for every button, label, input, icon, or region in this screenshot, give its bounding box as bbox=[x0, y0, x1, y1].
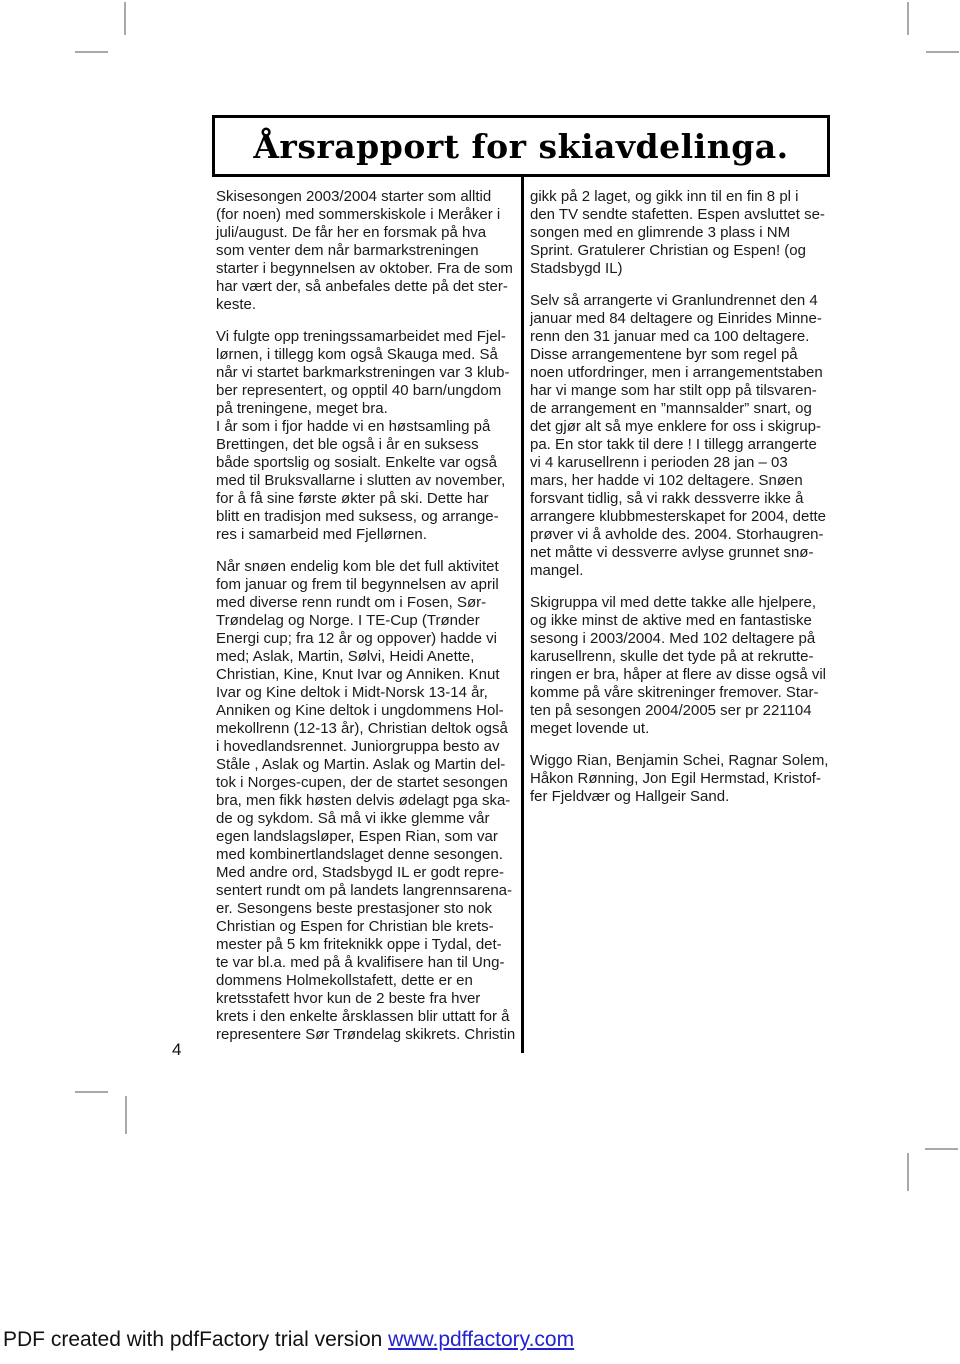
crop-mark-top-right-horizontal bbox=[926, 51, 959, 53]
paragraph: Skisesongen 2003/2004 starter som alltid… bbox=[216, 188, 518, 314]
paragraph: Selv så arrangerte vi Granlundrennet den… bbox=[530, 292, 832, 580]
pdf-footer: PDF created with pdfFactory trial versio… bbox=[3, 1328, 574, 1352]
footer-link[interactable]: www.pdffactory.com bbox=[388, 1328, 574, 1351]
crop-mark-bottom-left-horizontal bbox=[75, 1091, 108, 1093]
paragraph: Vi fulgte opp treningssamarbeidet med Fj… bbox=[216, 328, 518, 544]
title-box: Årsrapport for skiavdelinga. bbox=[212, 115, 830, 177]
paragraph: Skigruppa vil med dette takke alle hjelp… bbox=[530, 594, 832, 738]
left-column: Skisesongen 2003/2004 starter som alltid… bbox=[216, 188, 518, 1058]
crop-mark-top-left-vertical bbox=[124, 2, 126, 35]
page-number: 4 bbox=[172, 1040, 181, 1060]
crop-mark-bottom-right-horizontal bbox=[925, 1148, 958, 1150]
crop-mark-bottom-left-vertical bbox=[125, 1096, 127, 1134]
paragraph: Wiggo Rian, Benjamin Schei, Ragnar Solem… bbox=[530, 752, 832, 806]
column-divider bbox=[521, 177, 524, 1053]
paragraph: gikk på 2 laget, og gikk inn til en fin … bbox=[530, 188, 832, 278]
paragraph: Når snøen endelig kom ble det full aktiv… bbox=[216, 558, 518, 1044]
crop-mark-bottom-right-vertical bbox=[907, 1153, 909, 1191]
right-column: gikk på 2 laget, og gikk inn til en fin … bbox=[530, 188, 832, 820]
crop-mark-top-left-horizontal bbox=[75, 51, 108, 53]
footer-text: PDF created with pdfFactory trial versio… bbox=[3, 1328, 388, 1351]
crop-mark-top-right-vertical bbox=[907, 2, 909, 35]
document-page: Årsrapport for skiavdelinga. Skisesongen… bbox=[0, 0, 960, 1364]
page-title: Årsrapport for skiavdelinga. bbox=[253, 127, 788, 166]
